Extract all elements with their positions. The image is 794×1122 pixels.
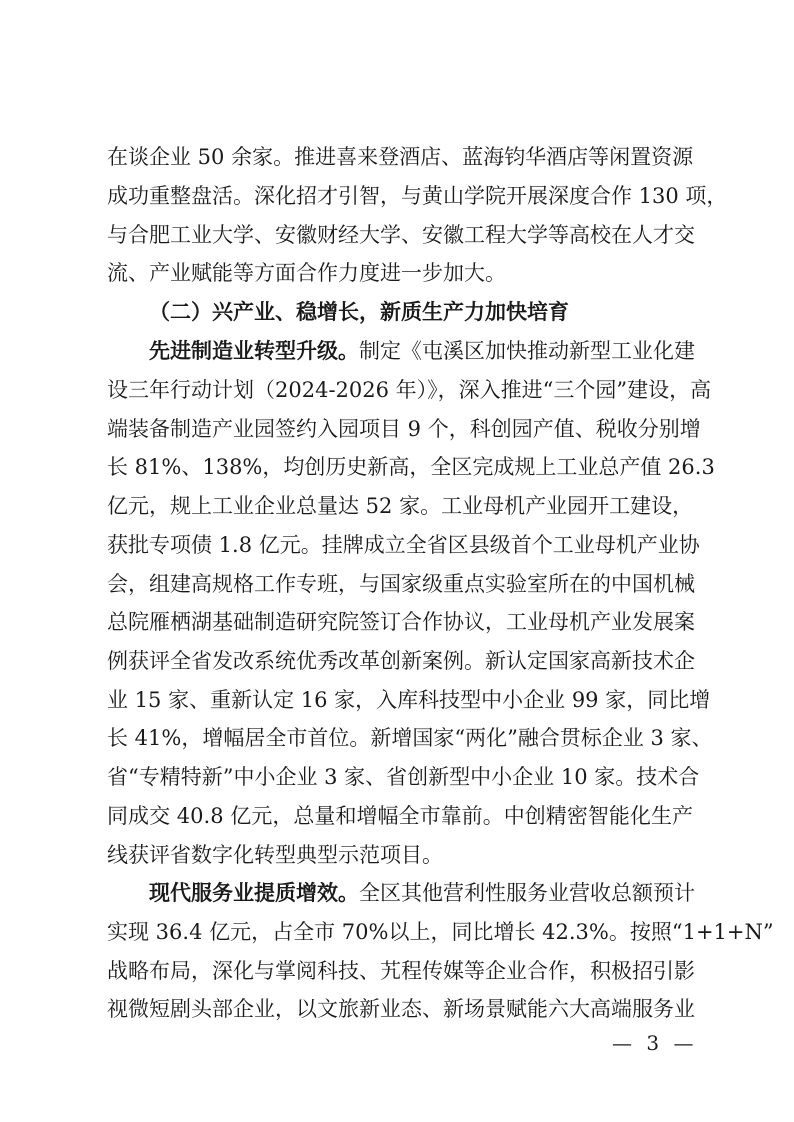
- page-number: — 3 —: [612, 1030, 697, 1056]
- text-line: 视微短剧头部企业，以文旅新业态、新场景赋能六大高端服务业: [107, 995, 693, 1023]
- text-line: 与合肥工业大学、安徽财经大学、安徽工程大学等高校在人才交: [107, 221, 693, 249]
- text-line: 线获评省数字化转型典型示范项目。: [107, 841, 693, 869]
- text-line: 战略布局，深化与掌阅科技、艽程传媒等企业合作，积极招引影: [107, 957, 693, 985]
- paragraph-lead: 现代服务业提质增效。: [149, 881, 359, 905]
- text-line: 端装备制造产业园签约入园项目 9 个，科创园产值、税收分别增: [107, 415, 693, 443]
- text-line: 省“专精特新”中小企业 3 家、省创新型中小企业 10 家。技术合: [107, 763, 693, 791]
- text-line: 实现 36.4 亿元，占全市 70%以上，同比增长 42.3%。按照“1+1+N…: [107, 918, 693, 946]
- document-page: 在谈企业 50 余家。推进喜来登酒店、蓝海钧华酒店等闲置资源 成功重整盘活。深化…: [0, 0, 794, 1122]
- text-line: 获批专项债 1.8 亿元。挂牌成立全省区县级首个工业母机产业协: [107, 531, 693, 559]
- text-line: 流、产业赋能等方面合作力度进一步加大。: [107, 259, 693, 287]
- paragraph-text: 制定《屯溪区加快推动新型工业化建: [359, 339, 695, 363]
- text-line: 业 15 家、重新认定 16 家，入库科技型中小企业 99 家，同比增: [107, 686, 693, 714]
- text-line: 设三年行动计划（2024-2026 年）》，深入推进“三个园”建设，高: [107, 376, 693, 404]
- text-line: 成功重整盘活。深化招才引智，与黄山学院开展深度合作 130 项，: [107, 182, 693, 210]
- text-line: 长 81%、138%，均创历史新高，全区完成规上工业总产值 26.3: [107, 453, 693, 481]
- paragraph-first-line: 现代服务业提质增效。全区其他营利性服务业营收总额预计: [149, 879, 693, 907]
- text-line: 同成交 40.8 亿元，总量和增幅全市靠前。中创精密智能化生产: [107, 802, 693, 830]
- section-heading: （二）兴产业、稳增长，新质生产力加快培育: [149, 298, 693, 326]
- paragraph-first-line: 先进制造业转型升级。制定《屯溪区加快推动新型工业化建: [149, 337, 693, 365]
- paragraph-lead: 先进制造业转型升级。: [149, 339, 359, 363]
- text-line: 例获评全省发改系统优秀改革创新案例。新认定国家高新技术企: [107, 647, 693, 675]
- text-line: 在谈企业 50 余家。推进喜来登酒店、蓝海钧华酒店等闲置资源: [107, 143, 693, 171]
- text-line: 总院雁栖湖基础制造研究院签订合作协议，工业母机产业发展案: [107, 608, 693, 636]
- text-line: 会，组建高规格工作专班，与国家级重点实验室所在的中国机械: [107, 570, 693, 598]
- text-line: 亿元，规上工业企业总量达 52 家。工业母机产业园开工建设，: [107, 492, 693, 520]
- text-line: 长 41%，增幅居全市首位。新增国家“两化”融合贯标企业 3 家、: [107, 724, 693, 752]
- paragraph-text: 全区其他营利性服务业营收总额预计: [359, 881, 695, 905]
